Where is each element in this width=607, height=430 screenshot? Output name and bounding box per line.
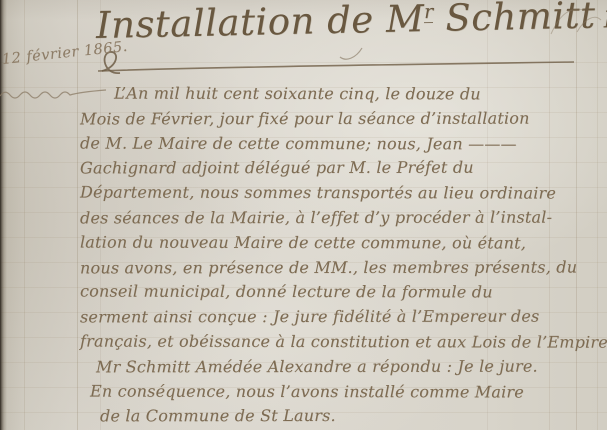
title-prefix: Installation de M bbox=[96, 0, 425, 47]
title-underline-flourish bbox=[90, 46, 580, 78]
body-line: L’An mil huit cent soixante cinq, le dou… bbox=[0, 81, 607, 107]
manuscript-page: Installation de MrSchmittMaire. 12 févri… bbox=[0, 0, 607, 430]
page-title: Installation de MrSchmittMaire. bbox=[96, 0, 607, 47]
body-line: nous avons, en présence de MM., les memb… bbox=[0, 255, 607, 281]
title-superscript: r bbox=[424, 3, 434, 23]
body-line: Gachignard adjoint délégué par M. le Pré… bbox=[0, 156, 607, 182]
body-line: En conséquence, nous l’avons installé co… bbox=[0, 379, 607, 405]
body-line: des séances de la Mairie, à l’effet d’y … bbox=[0, 205, 607, 231]
body-line: de M. Le Maire de cette commune; nous, J… bbox=[0, 131, 607, 157]
body-line: Mr Schmitt Amédée Alexandre a répondu : … bbox=[0, 354, 607, 380]
body-line: Département, nous sommes transportés au … bbox=[0, 181, 607, 207]
corner-pen-marks bbox=[545, 2, 603, 42]
manuscript-body: L’An mil huit cent soixante cinq, le dou… bbox=[0, 82, 607, 429]
body-line: français, et obéissance à la constitutio… bbox=[0, 329, 607, 355]
body-line: de la Commune de St Laurs. bbox=[0, 404, 607, 430]
body-line: Mois de Février, jour fixé pour la séanc… bbox=[0, 106, 607, 132]
body-line: lation du nouveau Maire de cette commune… bbox=[0, 230, 607, 256]
body-line: conseil municipal, donné lecture de la f… bbox=[0, 280, 607, 306]
body-line: serment ainsi conçue : Je jure fidélité … bbox=[0, 305, 607, 331]
title-suffix: Maire. bbox=[603, 6, 607, 34]
